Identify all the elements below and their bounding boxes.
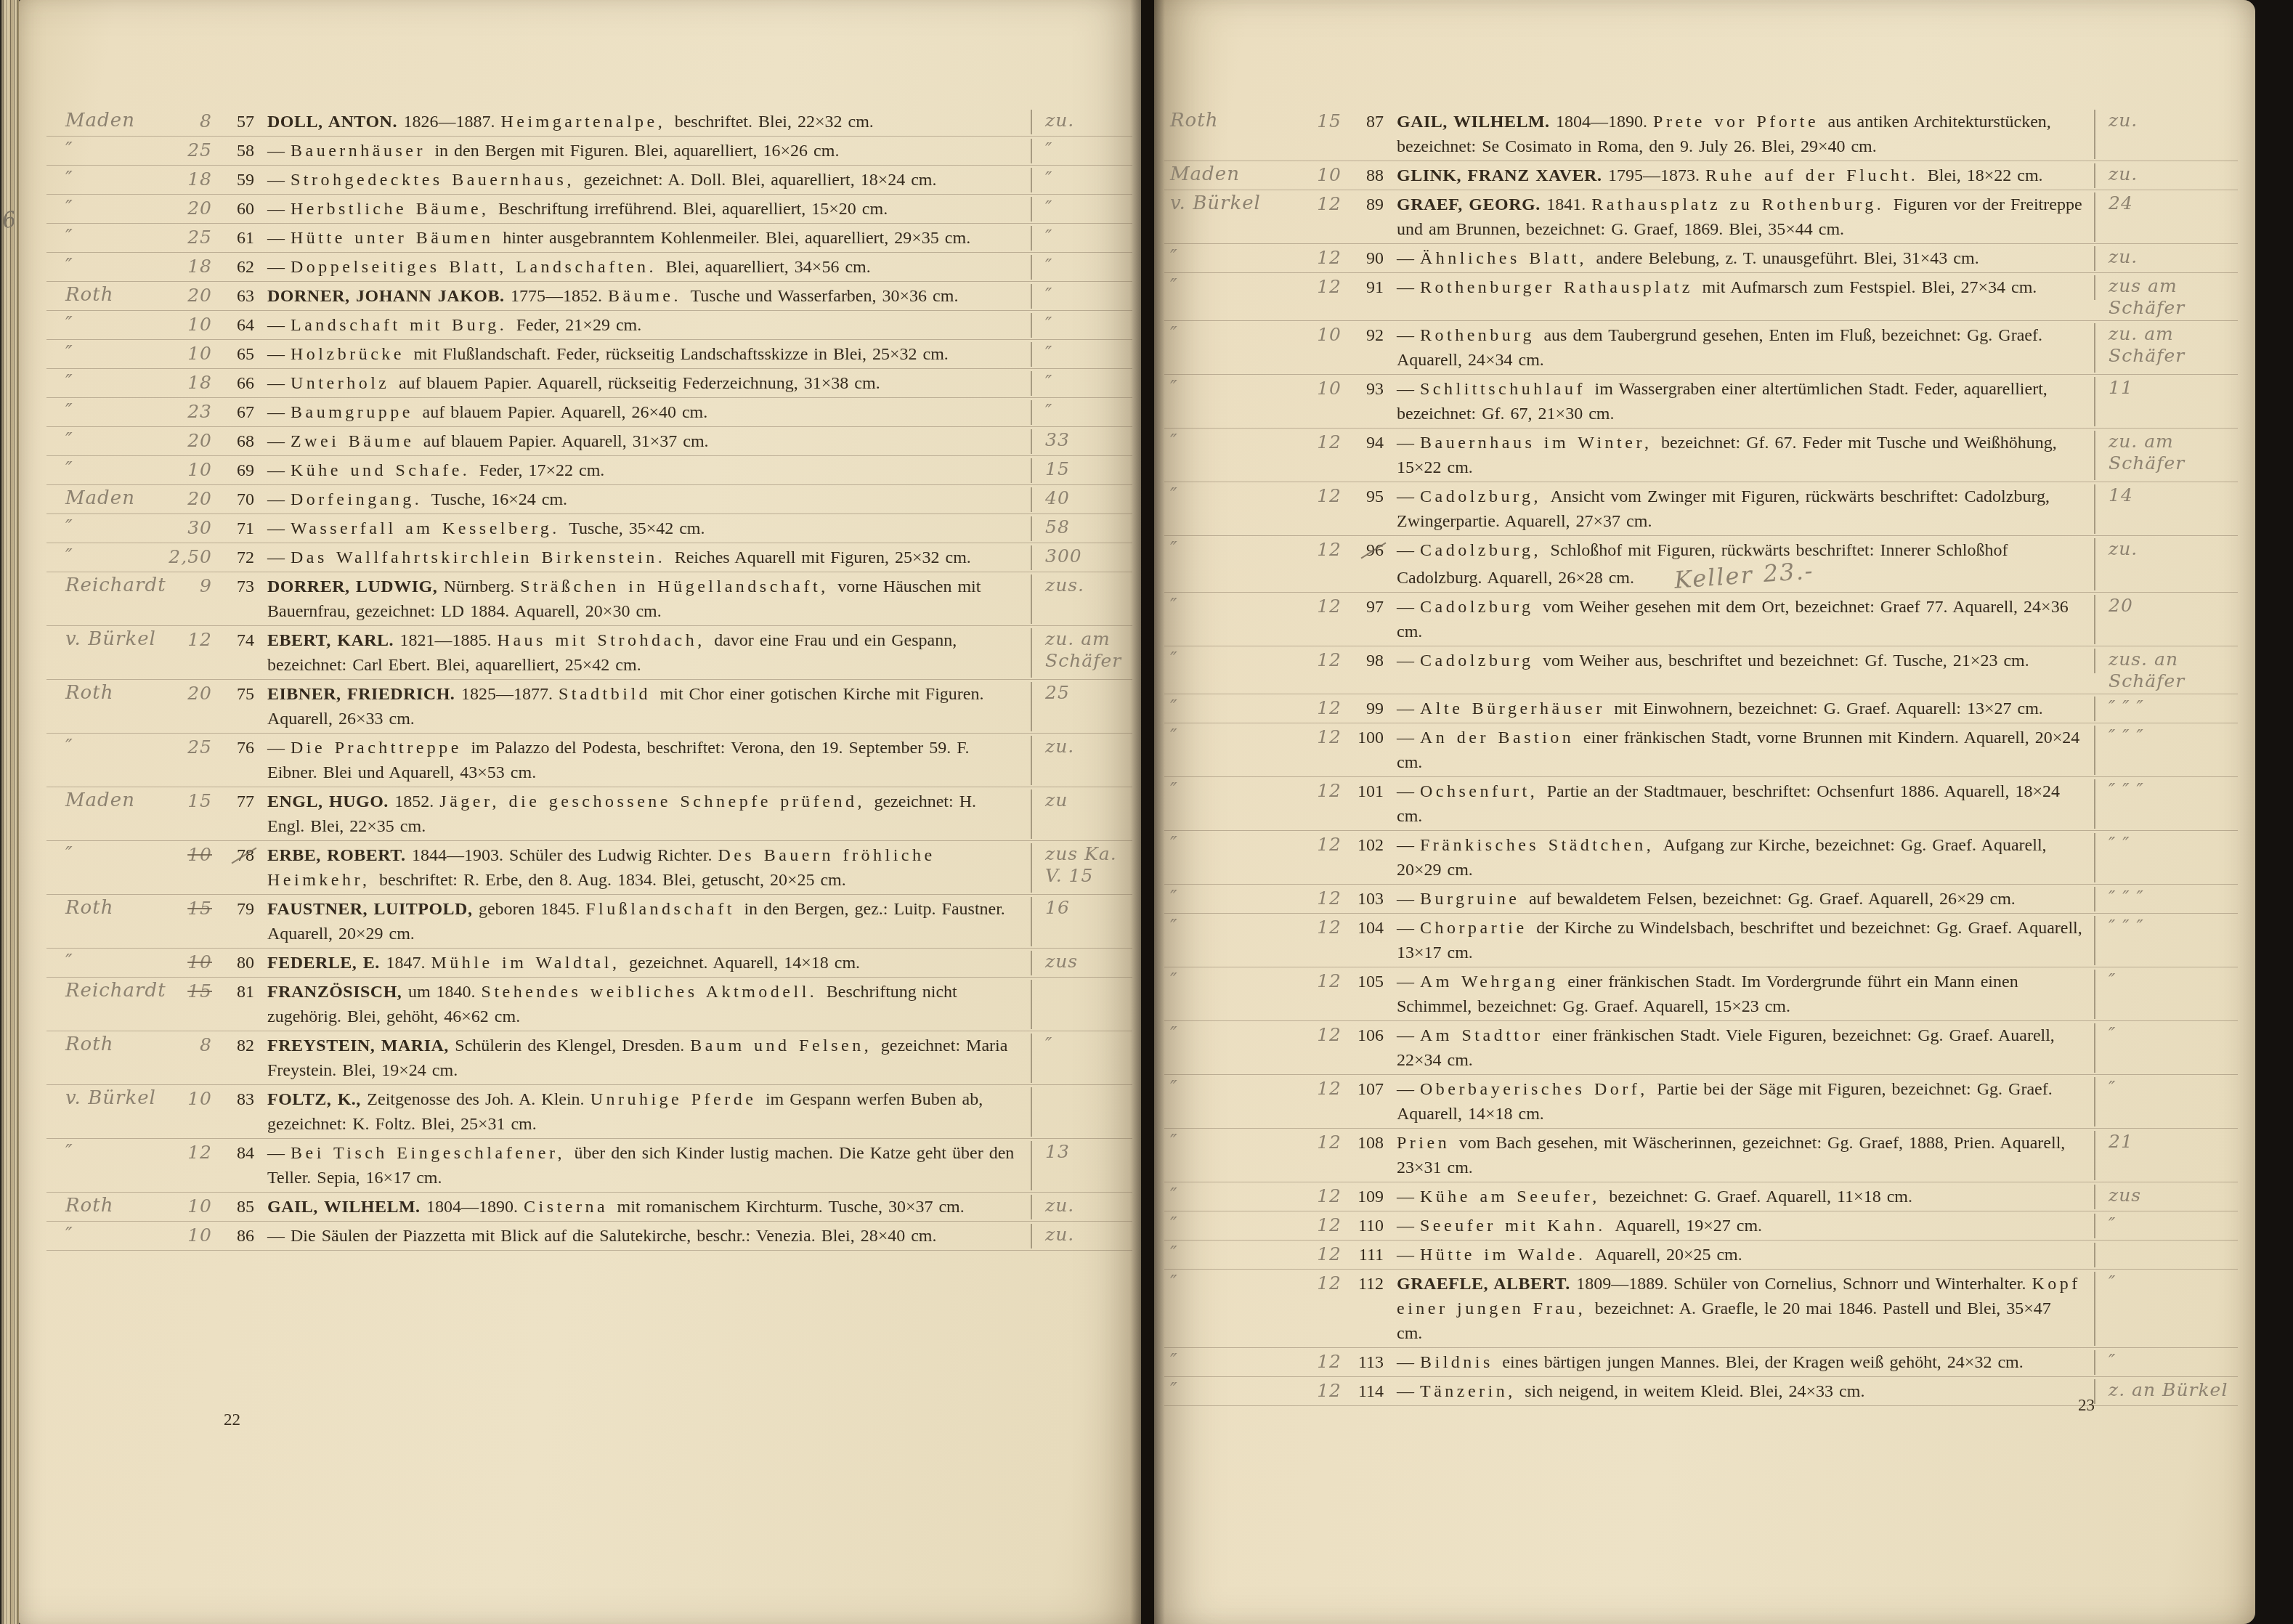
- entry-text: GLINK, FRANZ XAVER. 1795—1873. Ruhe auf …: [1397, 163, 2095, 188]
- lot-number: 89: [1350, 192, 1397, 217]
- entry-text: GAIL, WILHELM. 1804—1890. Cisterna mit r…: [267, 1195, 1032, 1219]
- entry-description: Tusche, 16×24 cm.: [431, 490, 567, 509]
- entry-text: — Hütte im Walde. Aquarell, 20×25 cm.: [1397, 1243, 2095, 1267]
- lot-number-text: 102: [1357, 836, 1384, 855]
- entry-description: Beschriftung irreführend. Blei, aquarell…: [498, 200, 888, 219]
- entry-title: Am Wehrgang: [1420, 973, 1567, 991]
- catalog-entry: ″2068— Zwei Bäume auf blauem Papier. Aqu…: [46, 427, 1132, 456]
- margin-annotation: ″10: [46, 313, 221, 336]
- bid-pencil: 12: [1317, 1132, 1342, 1153]
- lot-number: 64: [221, 313, 267, 338]
- buyer-name: ″: [1170, 1243, 1178, 1264]
- lot-number: 73: [221, 575, 267, 599]
- entry-text: — Die Prachttreppe im Palazzo del Podest…: [267, 736, 1032, 785]
- catalog-entry: ″12104— Chorpartie der Kirche zu Windels…: [1164, 914, 2238, 967]
- bid-pencil: 25: [187, 736, 212, 758]
- entry-dates: —: [1397, 919, 1420, 938]
- margin-annotation: ″12: [1164, 649, 1350, 672]
- margin-annotation: ″12: [1164, 1214, 1350, 1237]
- margin-annotation: ″12: [1164, 1350, 1350, 1373]
- buyer-name: Maden: [65, 110, 135, 131]
- entry-description: beschriftet. Blei, 22×32 cm.: [675, 113, 874, 131]
- entry-dates: —: [267, 229, 291, 248]
- lot-number: 100: [1350, 726, 1397, 750]
- lot-number: 86: [221, 1224, 267, 1249]
- entry-description: beschriftet: R. Erbe, den 8. Aug. 1834. …: [379, 871, 846, 890]
- entry-dates: —: [1397, 1080, 1420, 1099]
- bid-pencil: 8: [200, 110, 212, 131]
- entry-text: — Rothenburg aus dem Taubergrund gesehen…: [1397, 323, 2095, 373]
- entry-title: Baumgruppe: [291, 403, 422, 422]
- entry-dates: —: [267, 403, 291, 422]
- entry-title: An der Bastion: [1420, 728, 1583, 747]
- margin-annotation: Roth20: [46, 682, 221, 705]
- entry-dates: 1809—1889. Schüler von Cornelius, Schnor…: [1576, 1275, 2032, 1294]
- artist-name: GLINK, FRANZ XAVER.: [1397, 166, 1608, 185]
- entry-title: Mühle im Waldtal,: [431, 954, 629, 973]
- margin-annotation: ″20: [46, 197, 221, 220]
- bid-pencil: 15: [187, 790, 212, 811]
- artist-name: ENGL, HUGO.: [267, 792, 394, 811]
- buyer-name: ″: [1170, 697, 1178, 718]
- catalog-entry: ″12102— Fränkisches Städtchen, Aufgang z…: [1164, 831, 2238, 885]
- entry-dates: 1804—1890.: [426, 1198, 524, 1217]
- lot-number: 77: [221, 789, 267, 814]
- buyer-name: Roth: [65, 1034, 113, 1055]
- lot-number-text: 70: [237, 490, 254, 509]
- entry-text: — Holzbrücke mit Flußlandschaft. Feder, …: [267, 342, 1032, 367]
- entry-title: Heimgartenalpe,: [500, 113, 674, 131]
- bid-pencil: 20: [187, 198, 212, 219]
- bid-pencil: 10: [187, 1225, 212, 1246]
- lot-number-text: 90: [1366, 249, 1384, 268]
- entry-dates: —: [1397, 973, 1420, 991]
- lot-number-text: 105: [1357, 973, 1384, 991]
- entry-text: FOLTZ, K., Zeitgenosse des Joh. A. Klein…: [267, 1087, 1032, 1137]
- entry-text: ERBE, ROBERT. 1844—1903. Schüler des Lud…: [267, 843, 1032, 893]
- lot-number-text: 86: [237, 1227, 254, 1246]
- catalog-entry: ″12110— Seeufer mit Kahn. Aquarell, 19×2…: [1164, 1211, 2238, 1241]
- buyer-name: ″: [65, 139, 73, 161]
- lot-number-text: 78: [237, 843, 254, 868]
- entry-description: Feder, 21×29 cm.: [516, 316, 642, 335]
- buyer-name: Maden: [65, 789, 135, 811]
- entry-dates: —: [1397, 1353, 1420, 1372]
- artist-name: GAIL, WILHELM.: [267, 1198, 426, 1217]
- entry-dates: —: [1397, 1217, 1420, 1235]
- left-page: Maden857DOLL, ANTON. 1826—1887. Heimgart…: [19, 0, 1141, 1624]
- lot-number-text: 67: [237, 403, 254, 422]
- lot-number-text: 111: [1359, 1246, 1384, 1264]
- entry-description: Feder, 17×22 cm.: [479, 461, 605, 480]
- entry-text: Prien vom Bach gesehen, mit Wäscherinnen…: [1397, 1131, 2095, 1180]
- lot-number: 70: [221, 487, 267, 512]
- lot-number-text: 95: [1366, 487, 1384, 506]
- catalog-entry: Reichardt973DORRER, LUDWIG, Nürnberg. St…: [46, 572, 1132, 626]
- entry-dates: —: [1397, 541, 1420, 560]
- bid-pencil: 12: [1317, 1185, 1342, 1206]
- price-annotation: ″: [2095, 1350, 2238, 1372]
- buyer-name: ″: [1170, 1379, 1178, 1401]
- handwritten-buyer-note: Keller 23.-: [1673, 558, 1814, 592]
- entry-text: GAIL, WILHELM. 1804—1890. Prete vor Pfor…: [1397, 110, 2095, 159]
- entry-text: — Zwei Bäume auf blauem Papier. Aquarell…: [267, 429, 1032, 454]
- entry-description: mit romanischem Kirchturm. Tusche, 30×37…: [617, 1198, 965, 1217]
- lot-number-text: 66: [237, 374, 254, 393]
- margin-annotation: Roth10: [46, 1195, 221, 1218]
- bid-pencil: 12: [1317, 1024, 1342, 1045]
- entry-text: — Unterholz auf blauem Papier. Aquarell,…: [267, 371, 1032, 396]
- entry-dates: 1775—1852.: [511, 287, 608, 306]
- bid-pencil: 20: [187, 683, 212, 704]
- price-annotation: zu.: [1032, 110, 1132, 131]
- entry-title: Rothenburg: [1420, 326, 1543, 345]
- lot-number: 79: [221, 897, 267, 922]
- entry-text: — Dorfeingang. Tusche, 16×24 cm.: [267, 487, 1032, 512]
- entry-text: ENGL, HUGO. 1852. Jäger, die geschossene…: [267, 789, 1032, 839]
- bid-pencil: 18: [187, 256, 212, 277]
- entry-title: Burgruine: [1420, 890, 1529, 909]
- entry-dates: —: [1397, 380, 1420, 399]
- price-annotation: 40: [1032, 487, 1132, 509]
- price-annotation: ″: [2095, 1214, 2238, 1235]
- price-annotation: zu.: [2095, 538, 2238, 560]
- artist-name: GRAEFLE, ALBERT.: [1397, 1275, 1576, 1294]
- bid-pencil: 12: [1317, 1380, 1342, 1401]
- entry-dates: —: [267, 258, 291, 277]
- bid-pencil: 10: [187, 459, 212, 480]
- buyer-name: v. Bürkel: [1170, 192, 1261, 214]
- bid-pencil: 20: [187, 430, 212, 451]
- entry-text: — Alte Bürgerhäuser mit Einwohnern, beze…: [1397, 697, 2095, 721]
- entry-text: FREYSTEIN, MARIA, Schülerin des Klengel,…: [267, 1034, 1032, 1083]
- entry-text: — Fränkisches Städtchen, Aufgang zur Kir…: [1397, 833, 2095, 882]
- catalog-entry: Maden857DOLL, ANTON. 1826—1887. Heimgart…: [46, 107, 1132, 137]
- entry-dates: —: [1397, 249, 1420, 268]
- artist-name: FAUSTNER, LUITPOLD,: [267, 900, 479, 919]
- buyer-name: ″: [65, 951, 73, 973]
- margin-annotation: ″18: [46, 371, 221, 394]
- lot-number-text: 58: [237, 142, 254, 161]
- lot-number-text: 59: [237, 171, 254, 190]
- bid-pencil: 12: [1317, 649, 1342, 670]
- buyer-name: ″: [1170, 377, 1178, 399]
- entry-title: Die Prachttreppe: [291, 739, 471, 758]
- buyer-name: ″: [1170, 538, 1178, 560]
- price-annotation: 14: [2095, 484, 2238, 506]
- bid-pencil: 12: [1317, 970, 1342, 991]
- entry-dates: 1825—1877.: [461, 685, 559, 704]
- bid-pencil: 15: [187, 981, 212, 1002]
- margin-annotation: Maden20: [46, 487, 221, 511]
- price-annotation: ″: [1032, 371, 1132, 393]
- lot-number: 59: [221, 168, 267, 192]
- buyer-name: Roth: [65, 1195, 113, 1217]
- entry-description: bezeichnet: G. Graef. Aquarell, 11×18 cm…: [1609, 1187, 1912, 1206]
- lot-number: 91: [1350, 275, 1397, 300]
- entry-title: Am Stadttor: [1420, 1026, 1552, 1045]
- entry-text: GRAEF, GEORG. 1841. Rathausplatz zu Roth…: [1397, 192, 2095, 242]
- catalog-entry: Maden1577ENGL, HUGO. 1852. Jäger, die ge…: [46, 787, 1132, 841]
- artist-name: FRANZÖSISCH,: [267, 983, 408, 1002]
- catalog-entry: v. Bürkel1274EBERT, KARL. 1821—1885. Hau…: [46, 626, 1132, 680]
- buyer-name: ″: [65, 429, 73, 451]
- artist-name: FOLTZ, K.,: [267, 1090, 367, 1109]
- entry-text: — Strohgedecktes Bauernhaus, gezeichnet:…: [267, 168, 1032, 192]
- buyer-name: Maden: [65, 487, 135, 509]
- entry-description: Tusche, 35×42 cm.: [569, 519, 705, 538]
- lot-number: 114: [1350, 1379, 1397, 1404]
- entry-text: — Bauernhaus im Winter, bezeichnet: Gf. …: [1397, 431, 2095, 480]
- entry-text: — Doppelseitiges Blatt, Landschaften. Bl…: [267, 255, 1032, 280]
- price-annotation: z. an Bürkel: [2095, 1379, 2238, 1401]
- bid-pencil: 10: [187, 1088, 212, 1109]
- lot-number-text: 98: [1366, 651, 1384, 670]
- lot-number: 65: [221, 342, 267, 367]
- entry-dates: —: [1397, 836, 1420, 855]
- entry-text: DORRER, LUDWIG, Nürnberg. Sträßchen in H…: [267, 575, 1032, 624]
- margin-annotation: ″12: [1164, 970, 1350, 993]
- buyer-name: ″: [65, 226, 73, 248]
- lot-number: 103: [1350, 887, 1397, 912]
- lot-number-text: 88: [1366, 166, 1384, 185]
- catalog-entry: ″12103— Burgruine auf bewaldetem Felsen,…: [1164, 885, 2238, 914]
- buyer-name: ″: [65, 736, 73, 758]
- entry-text: — Rothenburger Rathausplatz mit Aufmarsc…: [1397, 275, 2095, 300]
- entry-text: DORNER, JOHANN JAKOB. 1775—1852. Bäume. …: [267, 284, 1032, 309]
- lot-number: 97: [1350, 595, 1397, 620]
- entry-dates: um 1840.: [408, 983, 482, 1002]
- buyer-name: ″: [1170, 1350, 1178, 1372]
- lot-number-text: 79: [237, 900, 254, 919]
- entry-title: Hütte unter Bäumen: [291, 229, 503, 248]
- bid-pencil: 12: [1317, 247, 1342, 268]
- buyer-name: v. Bürkel: [65, 628, 156, 650]
- lot-number-text: 72: [237, 548, 254, 567]
- entry-description: Blei, aquarelliert, 34×56 cm.: [666, 258, 871, 277]
- margin-annotation: v. Bürkel12: [1164, 192, 1350, 216]
- price-annotation: zus: [1032, 951, 1132, 973]
- margin-annotation: Reichardt9: [46, 575, 221, 598]
- entry-title: Unterholz: [291, 374, 399, 393]
- lot-number-text: 76: [237, 739, 254, 758]
- entry-text: — Bauernhäuser in den Bergen mit Figuren…: [267, 139, 1032, 163]
- artist-name: ERBE, ROBERT.: [267, 846, 412, 865]
- entry-dates: —: [267, 739, 291, 758]
- entry-dates: —: [1397, 890, 1420, 909]
- lot-number: 110: [1350, 1214, 1397, 1238]
- entry-text: — Cadolzburg, Schloßhof mit Figuren, rüc…: [1397, 538, 2095, 590]
- margin-annotation: ″25: [46, 139, 221, 162]
- catalog-entry: ″1064— Landschaft mit Burg. Feder, 21×29…: [46, 311, 1132, 340]
- price-annotation: 11: [2095, 377, 2238, 399]
- catalog-entry: ″2060— Herbstliche Bäume, Beschriftung i…: [46, 195, 1132, 224]
- lot-number: 113: [1350, 1350, 1397, 1375]
- price-annotation: zu.: [1032, 1195, 1132, 1217]
- lot-number-text: 60: [237, 200, 254, 219]
- lot-number: 74: [221, 628, 267, 653]
- entry-dates: —: [267, 200, 291, 219]
- artist-name: EIBNER, FRIEDRICH.: [267, 685, 461, 704]
- catalog-entry: ″1294— Bauernhaus im Winter, bezeichnet:…: [1164, 429, 2238, 482]
- price-annotation: ″: [1032, 139, 1132, 161]
- margin-annotation: ″10: [46, 951, 221, 974]
- lot-number: 105: [1350, 970, 1397, 994]
- margin-annotation: v. Bürkel12: [46, 628, 221, 651]
- margin-annotation: ″12: [1164, 1131, 1350, 1154]
- price-annotation: 15: [1032, 458, 1132, 480]
- price-annotation: zus Ka. V. 15: [1032, 843, 1132, 887]
- margin-annotation: Maden10: [1164, 163, 1350, 187]
- entry-title: Rathausplatz zu Rothenburg.: [1591, 195, 1894, 214]
- bid-pencil: 12: [187, 629, 212, 650]
- lot-number: 93: [1350, 377, 1397, 402]
- artist-name: FEDERLE, E.: [267, 954, 386, 973]
- lot-number-text: 107: [1357, 1080, 1384, 1099]
- price-annotation: ″: [1032, 168, 1132, 190]
- catalog-entry: ″1284— Bei Tisch Eingeschlafener, über d…: [46, 1139, 1132, 1193]
- lot-number-text: 96: [1366, 538, 1384, 563]
- entry-title: Kühe am Seeufer,: [1420, 1187, 1609, 1206]
- buyer-name: ″: [1170, 726, 1178, 747]
- buyer-name: ″: [65, 458, 73, 480]
- lot-number: 57: [221, 110, 267, 134]
- entry-list-left: Maden857DOLL, ANTON. 1826—1887. Heimgart…: [46, 107, 1132, 1251]
- catalog-entry: v. Bürkel1083FOLTZ, K., Zeitgenosse des …: [46, 1085, 1132, 1139]
- price-annotation: zus: [2095, 1185, 2238, 1206]
- lot-number-text: 65: [237, 345, 254, 364]
- entry-text: — Am Stadttor einer fränkischen Stadt. V…: [1397, 1023, 2095, 1073]
- entry-title: Herbstliche Bäume,: [291, 200, 498, 219]
- bid-pencil: 20: [187, 285, 212, 306]
- entry-title: Rothenburger Rathausplatz: [1420, 278, 1702, 297]
- entry-title: Stadtbild: [559, 685, 660, 704]
- entry-text: — Am Wehrgang einer fränkischen Stadt. I…: [1397, 970, 2095, 1019]
- entry-dates: —: [267, 1144, 291, 1163]
- catalog-entry: ″1866— Unterholz auf blauem Papier. Aqua…: [46, 369, 1132, 398]
- entry-title: Holzbrücke: [291, 345, 413, 364]
- entry-title: Jäger, die geschossene Schnepfe prüfend,: [439, 792, 874, 811]
- bid-pencil: 10: [187, 343, 212, 364]
- margin-annotation: ″30: [46, 516, 221, 540]
- price-annotation: zu.: [1032, 1224, 1132, 1246]
- bid-pencil: 25: [187, 227, 212, 248]
- bid-pencil: 12: [1317, 431, 1342, 452]
- entry-text: — Herbstliche Bäume, Beschriftung irrefü…: [267, 197, 1032, 222]
- catalog-entry: ″1298— Cadolzburg vom Weiher aus, beschr…: [1164, 646, 2238, 694]
- price-annotation: 33: [1032, 429, 1132, 451]
- catalog-entry: ″1086— Die Säulen der Piazzetta mit Blic…: [46, 1222, 1132, 1251]
- entry-dates: 1847.: [386, 954, 431, 973]
- lot-number: 107: [1350, 1077, 1397, 1102]
- margin-annotation: ″12: [1164, 833, 1350, 856]
- catalog-entry: ″12114— Tänzerin, sich neigend, in weite…: [1164, 1377, 2238, 1406]
- entry-description: gezeichnet: A. Doll. Blei, aquarelliert,…: [583, 171, 936, 190]
- lot-number: 92: [1350, 323, 1397, 348]
- lot-number-text: 69: [237, 461, 254, 480]
- buyer-name: ″: [1170, 916, 1178, 938]
- bid-pencil: 2,50: [169, 546, 212, 567]
- entry-title: Haus mit Strohdach,: [498, 631, 715, 650]
- entry-dates: —: [1397, 1026, 1420, 1045]
- lot-number: 60: [221, 197, 267, 222]
- buyer-name: ″: [1170, 431, 1178, 452]
- entry-dates: —: [1397, 326, 1420, 345]
- margin-annotation: ″12: [1164, 779, 1350, 803]
- entry-title: Hütte im Walde.: [1420, 1246, 1595, 1264]
- bid-pencil: 30: [187, 517, 212, 538]
- entry-dates: 1844—1903. Schüler des Ludwig Richter.: [412, 846, 718, 865]
- entry-dates: —: [267, 142, 291, 161]
- lot-number-text: 101: [1357, 782, 1384, 801]
- bid-pencil: 12: [1317, 888, 1342, 909]
- entry-text: — Bildnis eines bärtigen jungen Mannes. …: [1397, 1350, 2095, 1375]
- entry-title: Bauernhaus im Winter,: [1420, 434, 1661, 452]
- lot-number: 104: [1350, 916, 1397, 941]
- catalog-entry: Reichardt1581FRANZÖSISCH, um 1840. Stehe…: [46, 978, 1132, 1031]
- price-annotation: zu.: [2095, 110, 2238, 131]
- entry-text: GRAEFLE, ALBERT. 1809—1889. Schüler von …: [1397, 1272, 2095, 1346]
- lot-number-text: 99: [1366, 699, 1384, 718]
- entry-text: — Chorpartie der Kirche zu Windelsbach, …: [1397, 916, 2095, 965]
- lot-number-text: 103: [1357, 890, 1384, 909]
- entry-dates: Zeitgenosse des Joh. A. Klein.: [367, 1090, 590, 1109]
- margin-annotation: ″25: [46, 736, 221, 759]
- bid-pencil: 12: [1317, 539, 1342, 560]
- bid-pencil: 9: [200, 575, 212, 596]
- right-page: Roth1587GAIL, WILHELM. 1804—1890. Prete …: [1154, 0, 2255, 1624]
- entry-dates: —: [1397, 487, 1420, 506]
- lot-number-text: 109: [1357, 1187, 1384, 1206]
- bid-pencil: 12: [1317, 596, 1342, 617]
- lot-number: 95: [1350, 484, 1397, 509]
- buyer-name: ″: [65, 342, 73, 364]
- buyer-name: ″: [1170, 1077, 1178, 1099]
- entry-description: auf blauem Papier. Aquarell, 31×37 cm.: [423, 432, 709, 451]
- entry-dates: —: [267, 548, 291, 567]
- buyer-name: ″: [65, 255, 73, 277]
- entry-dates: —: [1397, 782, 1420, 801]
- bid-pencil: 18: [187, 372, 212, 393]
- margin-annotation: ″18: [46, 255, 221, 278]
- entry-text: — Hütte unter Bäumen hinter ausgebrannte…: [267, 226, 1032, 251]
- lot-number-text: 57: [237, 113, 254, 131]
- lot-number: 111: [1350, 1243, 1397, 1267]
- margin-annotation: ″12: [1164, 887, 1350, 910]
- entry-title: Das Wallfahrtskirchlein Birkenstein.: [291, 548, 675, 567]
- entry-text: — Das Wallfahrtskirchlein Birkenstein. R…: [267, 545, 1032, 570]
- lot-number: 69: [221, 458, 267, 483]
- catalog-entry: ″1080FEDERLE, E. 1847. Mühle im Waldtal,…: [46, 949, 1132, 978]
- entry-description: Reiches Aquarell mit Figuren, 25×32 cm.: [675, 548, 971, 567]
- bid-pencil: 10: [1317, 378, 1342, 399]
- price-annotation: zu.: [2095, 163, 2238, 185]
- margin-annotation: ″25: [46, 226, 221, 249]
- entry-title: Sträßchen in Hügellandschaft,: [520, 577, 837, 596]
- lot-number-text: 83: [237, 1090, 254, 1109]
- buyer-name: ″: [65, 197, 73, 219]
- entry-title: Ruhe auf der Flucht.: [1705, 166, 1928, 185]
- price-annotation: zus am Schäfer: [2095, 275, 2238, 319]
- lot-number-text: 84: [237, 1144, 254, 1163]
- catalog-entry: v. Bürkel1289GRAEF, GEORG. 1841. Rathaus…: [1164, 190, 2238, 244]
- bid-pencil: 10: [187, 314, 212, 335]
- price-annotation: zu.: [1032, 736, 1132, 758]
- bid-pencil: 12: [1317, 1214, 1342, 1235]
- lot-number-text: 80: [237, 954, 254, 973]
- lot-number-text: 104: [1357, 919, 1384, 938]
- buyer-name: ″: [1170, 595, 1178, 617]
